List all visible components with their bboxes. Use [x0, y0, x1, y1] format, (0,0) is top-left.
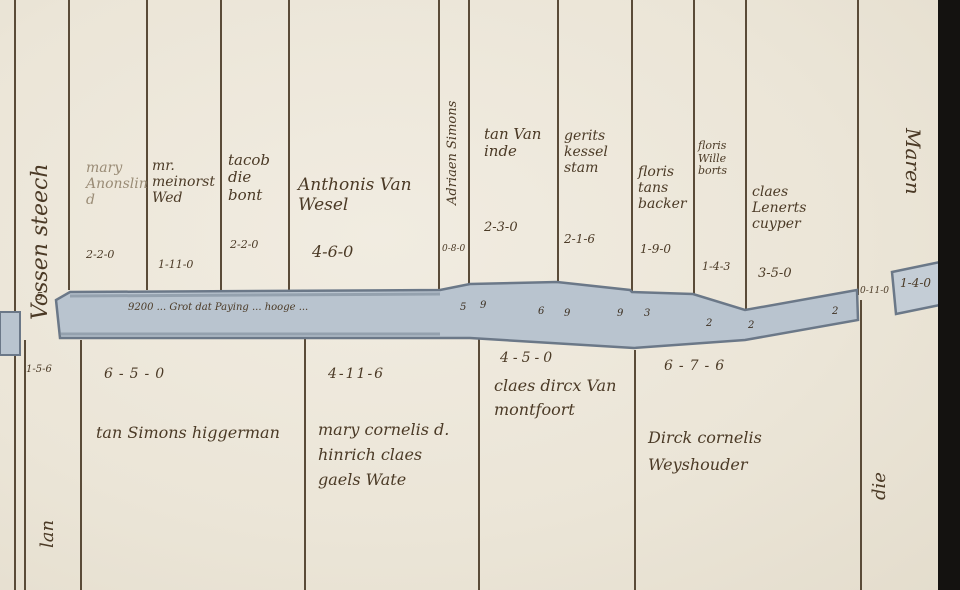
plot-owner: claes dircx Van montfoort — [494, 374, 624, 422]
plot-owner: mary Anonslin d — [86, 160, 146, 208]
plot-owner: tan Van inde — [484, 126, 544, 161]
plot-value: 2-3-0 — [484, 220, 518, 235]
plot-value: 4-6-0 — [312, 242, 353, 261]
plot-value: 0-8-0 — [442, 244, 465, 254]
plot-value-box: 1-4-0 — [900, 276, 931, 290]
canal-mark: 2 — [706, 318, 712, 329]
canal-mark: 9 — [480, 300, 486, 311]
plot-owner: floris Wille borts — [698, 140, 744, 178]
plot-owner: floris tans backer — [638, 164, 692, 212]
plot-value: 6-7-6 — [664, 358, 730, 374]
plot-value: 1-9-0 — [640, 242, 671, 256]
canal-mark: 5 — [460, 302, 466, 313]
plot-owner: tan Simons higgerman — [96, 418, 286, 448]
manuscript-sheet: Vossen steech lan Maren die 9200 ... Gro… — [0, 0, 948, 590]
plot-owner: Dirck cornelis Weyshouder — [648, 424, 848, 478]
plot-value-right: 0-11-0 — [860, 286, 889, 296]
page-edge-shadow — [938, 0, 960, 590]
canal-mark: 3 — [644, 308, 650, 319]
plot-value: 2-1-6 — [564, 232, 595, 246]
plot-owner: mr. meinorst Wed — [152, 158, 218, 206]
street-label-die: die — [870, 472, 891, 500]
plot-owner: gerits kessel stam — [564, 128, 628, 176]
canal-mark: 2 — [748, 320, 754, 331]
canal-mark: 2 — [832, 306, 838, 317]
plot-value: 2-2-0 — [230, 238, 258, 251]
plot-owner: Adriaen Simons — [446, 101, 461, 205]
plot-value: 4-5-0 — [500, 350, 556, 366]
canal-mark: 9 — [617, 308, 623, 319]
plot-value: 3-5-0 — [758, 266, 792, 281]
canal-inscription: 9200 ... Grot dat Paying ... hooge ... — [128, 302, 308, 314]
canal-left-marker: 5 — [36, 290, 43, 303]
plot-value: 4-11-6 — [328, 366, 385, 382]
plot-value: 1-11-0 — [158, 258, 193, 271]
plot-owner: Anthonis Van Wesel — [298, 176, 436, 215]
canal-waterway — [0, 0, 948, 590]
street-label-lan: lan — [38, 520, 59, 548]
street-label-maren: Maren — [901, 128, 924, 195]
plot-value: 1-4-3 — [702, 260, 730, 273]
plot-value-left: 1-5-6 — [26, 364, 52, 375]
canal-mark: 9 — [564, 308, 570, 319]
plot-value: 2-2-0 — [86, 248, 114, 261]
plot-owner: tacob die bont — [228, 152, 284, 204]
canal-mark: 6 — [538, 306, 544, 317]
plot-owner: mary cornelis d. hinrich claes gaels Wat… — [318, 418, 468, 492]
plot-owner: claes Lenerts cuyper — [752, 184, 842, 232]
plot-value: 6-5-0 — [104, 366, 170, 382]
